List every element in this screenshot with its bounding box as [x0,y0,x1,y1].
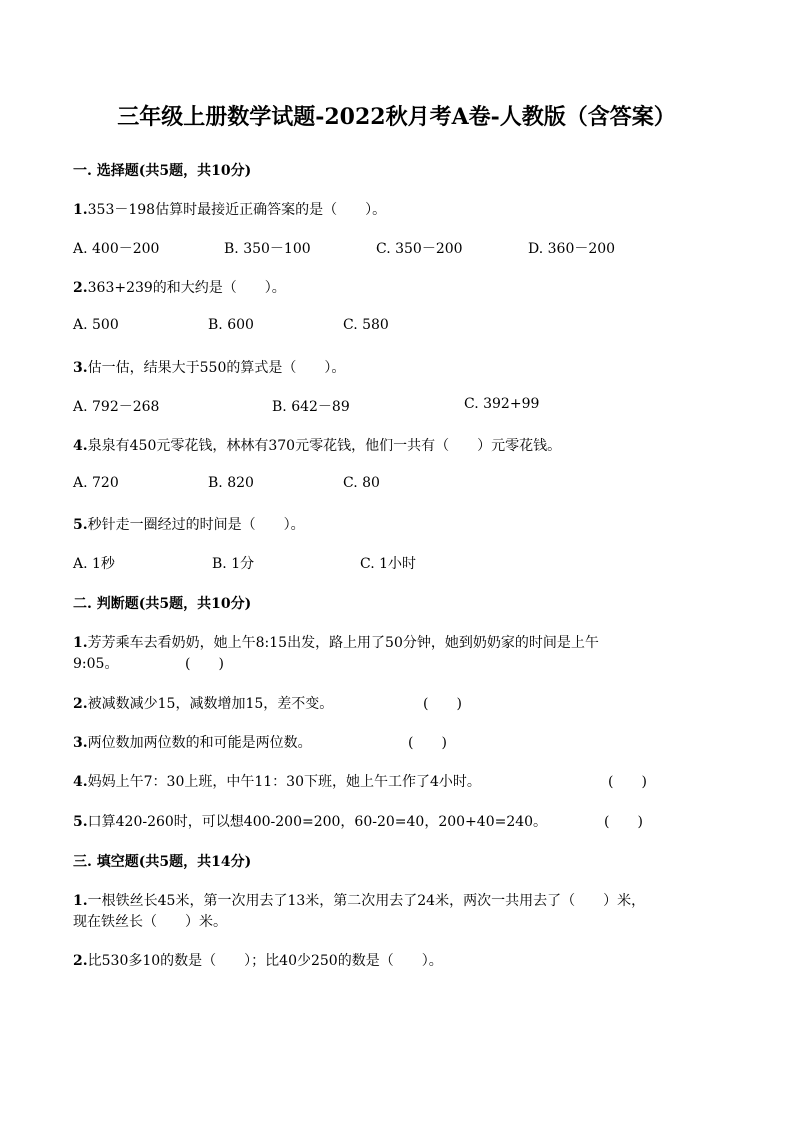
question-text: 一根铁丝长45米，第一次用去了13米，第二次用去了24米，两次一共用去了（ ）米… [88,893,645,909]
question-text: 比530多10的数是（ ）；比40少250的数是（ ）。 [88,953,443,969]
option-a: A. 1秒 [73,553,115,573]
question-1-2: 2.363+239的和大约是（ ）。 [73,277,286,297]
question-2-2: 2.被减数减少15，减数增加15，差不变。 [73,693,333,713]
answer-blank: ( ) [185,653,224,673]
question-number: 4. [73,438,88,454]
section-heading-fill-blank: 三. 填空题(共5题，共14分) [73,851,251,871]
question-1-1: 1.353－198估算时最接近正确答案的是（ ）。 [73,199,386,219]
question-text: 353－198估算时最接近正确答案的是（ ）。 [88,202,386,218]
question-text: 两位数加两位数的和可能是两位数。 [88,735,312,751]
question-1-5: 5.秒针走一圈经过的时间是（ ）。 [73,514,305,534]
question-number: 3. [73,735,88,751]
option-b: B. 350－100 [224,238,311,258]
option-c: C. 350－200 [376,238,463,258]
option-a: A. 400－200 [73,238,159,258]
question-number: 5. [73,517,88,533]
question-number: 2. [73,953,88,969]
question-text: 363+239的和大约是（ ）。 [88,280,286,296]
question-number: 1. [73,635,88,651]
question-3-2: 2.比530多10的数是（ ）；比40少250的数是（ ）。 [73,950,443,970]
question-3-1-cont: 现在铁丝长（ ）米。 [73,911,227,931]
answer-blank: ( ) [423,693,462,713]
question-1-4: 4.泉泉有450元零花钱，林林有370元零花钱，他们一共有（ ）元零花钱。 [73,435,561,455]
question-text: 泉泉有450元零花钱，林林有370元零花钱，他们一共有（ ）元零花钱。 [88,438,561,454]
question-3-1: 1.一根铁丝长45米，第一次用去了13米，第二次用去了24米，两次一共用去了（ … [73,890,645,910]
option-c: C. 1小时 [360,553,416,573]
option-a: A. 792－268 [73,396,159,416]
answer-blank: ( ) [608,771,647,791]
question-text: 芳芳乘车去看奶奶，她上午8:15出发，路上用了50分钟，她到奶奶家的时间是上午 [88,635,599,651]
question-1-3: 3.估一估，结果大于550的算式是（ ）。 [73,357,345,377]
question-2-5: 5.口算420-260时，可以想400-200=200，60-20=40，200… [73,811,547,831]
question-2-1: 1.芳芳乘车去看奶奶，她上午8:15出发，路上用了50分钟，她到奶奶家的时间是上… [73,632,599,652]
option-b: B. 820 [208,475,254,491]
question-number: 2. [73,696,88,712]
question-text: 被减数减少15，减数增加15，差不变。 [88,696,334,712]
option-b: B. 642－89 [272,396,350,416]
option-b: B. 1分 [212,553,254,573]
document-title: 三年级上册数学试题-2022秋月考A卷-人教版（含答案） [0,100,793,131]
question-text: 妈妈上午7：30上班，中午11：30下班，她上午工作了4小时。 [88,774,481,790]
question-number: 4. [73,774,88,790]
question-number: 5. [73,814,88,830]
question-text: 口算420-260时，可以想400-200=200，60-20=40，200+4… [88,814,547,830]
option-b: B. 600 [208,317,254,333]
question-text: 估一估，结果大于550的算式是（ ）。 [88,360,346,376]
answer-blank: ( ) [604,811,643,831]
section-heading-true-false: 二. 判断题(共5题，共10分) [73,593,251,613]
question-number: 3. [73,360,88,376]
option-c: C. 80 [343,475,380,491]
question-number: 2. [73,280,88,296]
option-d: D. 360－200 [528,238,615,258]
option-c: C. 392+99 [464,396,539,412]
answer-blank: ( ) [408,732,447,752]
question-number: 1. [73,202,88,218]
question-2-4: 4.妈妈上午7：30上班，中午11：30下班，她上午工作了4小时。 [73,771,481,791]
option-a: A. 500 [73,317,119,333]
question-text: 秒针走一圈经过的时间是（ ）。 [88,517,305,533]
section-heading-choice: 一. 选择题(共5题，共10分) [73,160,251,180]
question-number: 1. [73,893,88,909]
question-2-1-cont: 9:05。 [73,653,118,673]
option-c: C. 580 [343,317,389,333]
question-2-3: 3.两位数加两位数的和可能是两位数。 [73,732,312,752]
option-a: A. 720 [73,475,119,491]
